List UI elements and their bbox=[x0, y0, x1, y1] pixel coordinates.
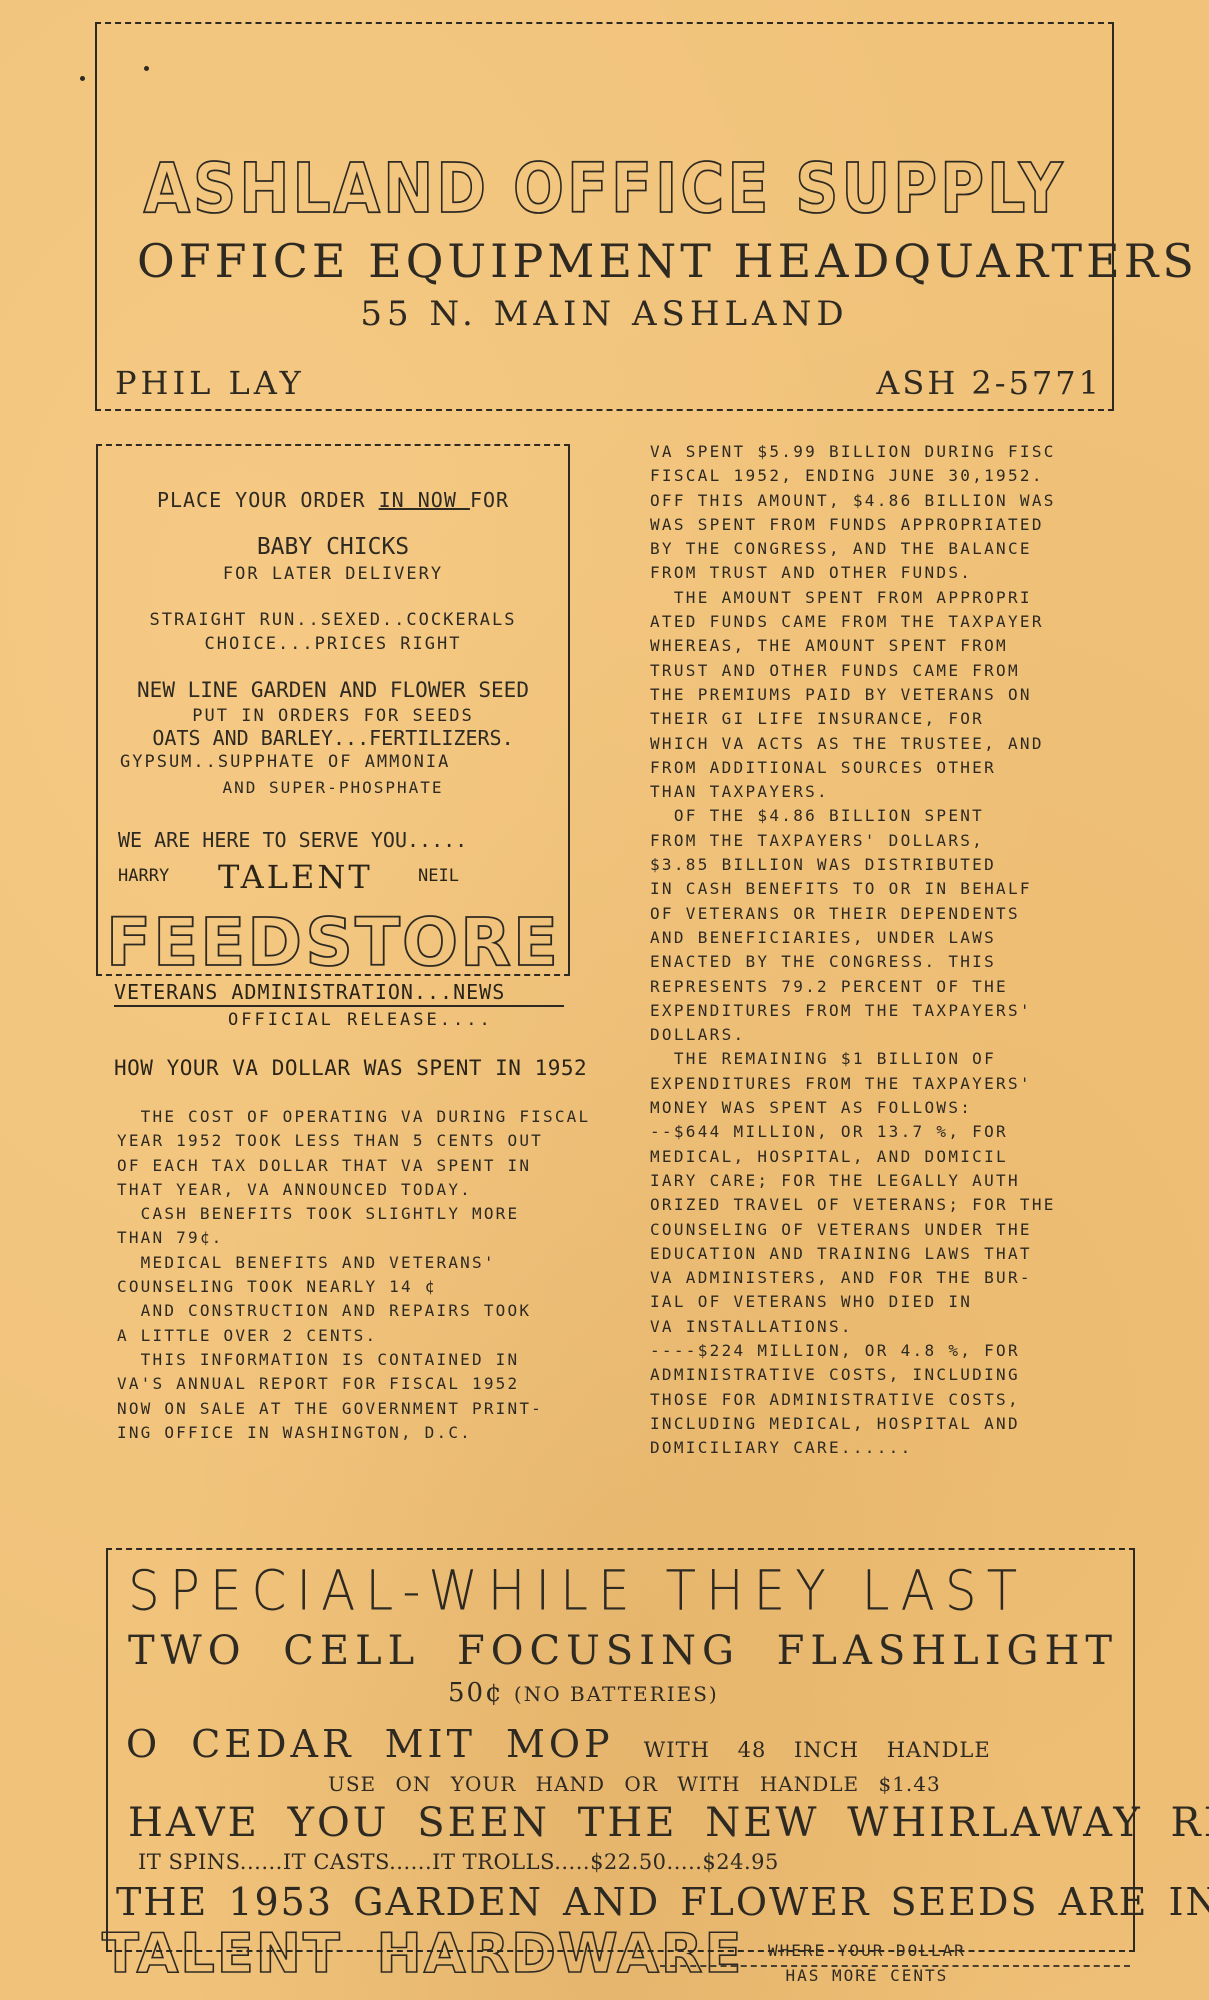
flashlight-price: 50¢ (NO BATTERIES) bbox=[448, 1678, 719, 1708]
article-line: OF VETERANS OR THEIR DEPENDENTS bbox=[650, 902, 1170, 926]
chick-types: STRAIGHT RUN..SEXED..COCKERALS bbox=[98, 610, 568, 630]
article-line: WHICH VA ACTS AS THE TRUSTEE, AND bbox=[650, 732, 1170, 756]
article-line: IN CASH BENEFITS TO OR IN BEHALF bbox=[650, 877, 1170, 901]
office-supply-subtitle: OFFICE EQUIPMENT HEADQUARTERS bbox=[137, 234, 1198, 288]
article-line: --$644 MILLION, OR 13.7 %, FOR bbox=[650, 1120, 1170, 1144]
article-line: IARY CARE; FOR THE LEGALLY AUTH bbox=[650, 1169, 1170, 1193]
article-line: MEDICAL BENEFITS AND VETERANS' bbox=[117, 1251, 637, 1275]
article-line: WAS SPENT FROM FUNDS APPROPRIATED bbox=[650, 513, 1170, 537]
va-left-column: THE COST OF OPERATING VA DURING FISCALYE… bbox=[117, 1105, 637, 1445]
article-line: VA INSTALLATIONS. bbox=[650, 1315, 1170, 1339]
ink-dot bbox=[80, 76, 85, 81]
baby-chicks: BABY CHICKS bbox=[98, 534, 568, 560]
article-line: THEIR GI LIFE INSURANCE, FOR bbox=[650, 707, 1170, 731]
article-line: COUNSELING TOOK NEARLY 14 ¢ bbox=[117, 1275, 637, 1299]
article-line: ATED FUNDS CAME FROM THE TAXPAYER bbox=[650, 610, 1170, 634]
article-line: ORIZED TRAVEL OF VETERANS; FOR THE bbox=[650, 1193, 1170, 1217]
article-line: EXPENDITURES FROM THE TAXPAYERS' bbox=[650, 1072, 1170, 1096]
order-now-line: PLACE YOUR ORDER IN NOW FOR bbox=[98, 488, 568, 512]
article-line: MONEY WAS SPENT AS FOLLOWS: bbox=[650, 1096, 1170, 1120]
article-line: BY THE CONGRESS, AND THE BALANCE bbox=[650, 537, 1170, 561]
article-line: OF THE $4.86 BILLION SPENT bbox=[650, 804, 1170, 828]
office-supply-title: ASHLAND OFFICE SUPPLY bbox=[97, 149, 1112, 230]
article-line: MEDICAL, HOSPITAL, AND DOMICIL bbox=[650, 1145, 1170, 1169]
article-line: ENACTED BY THE CONGRESS. THIS bbox=[650, 950, 1170, 974]
article-line: AND CONSTRUCTION AND REPAIRS TOOK bbox=[117, 1299, 637, 1323]
article-line: THAN 79¢. bbox=[117, 1226, 637, 1250]
article-line: VA SPENT $5.99 BILLION DURING FISC bbox=[650, 440, 1170, 464]
seed-orders: PUT IN ORDERS FOR SEEDS bbox=[98, 706, 568, 726]
article-line: THE PREMIUMS PAID BY VETERANS ON bbox=[650, 683, 1170, 707]
article-line: COUNSELING OF VETERANS UNDER THE bbox=[650, 1218, 1170, 1242]
office-supply-ad: ASHLAND OFFICE SUPPLY OFFICE EQUIPMENT H… bbox=[95, 22, 1114, 411]
article-line: CASH BENEFITS TOOK SLIGHTLY MORE bbox=[117, 1202, 637, 1226]
flashlight-offer: TWO CELL FOCUSING FLASHLIGHT bbox=[128, 1628, 1118, 1674]
article-line: VA'S ANNUAL REPORT FOR FISCAL 1952 bbox=[117, 1372, 637, 1396]
article-line: AND BENEFICIARIES, UNDER LAWS bbox=[650, 926, 1170, 950]
office-supply-address: 55 N. MAIN ASHLAND bbox=[97, 294, 1112, 334]
ink-dot bbox=[144, 66, 149, 71]
va-news-heading: VETERANS ADMINISTRATION...NEWS bbox=[114, 980, 564, 1007]
article-line: ING OFFICE IN WASHINGTON, D.C. bbox=[117, 1421, 637, 1445]
article-line: THE REMAINING $1 BILLION OF bbox=[650, 1047, 1170, 1071]
prices-right: CHOICE...PRICES RIGHT bbox=[98, 634, 568, 654]
oats-barley: OATS AND BARLEY...FERTILIZERS. bbox=[98, 726, 568, 750]
store-word: STORE bbox=[305, 904, 560, 981]
reel-offer: HAVE YOU SEEN THE NEW WHIRLAWAY REEL? bbox=[128, 1800, 1209, 1846]
article-line: THIS INFORMATION IS CONTAINED IN bbox=[117, 1348, 637, 1372]
article-line: WHEREAS, THE AMOUNT SPENT FROM bbox=[650, 634, 1170, 658]
reel-features: IT SPINS......IT CASTS......IT TROLLS...… bbox=[138, 1850, 779, 1874]
article-line: NOW ON SALE AT THE GOVERNMENT PRINT- bbox=[117, 1397, 637, 1421]
hardware-ad: SPECIAL-WHILE THEY LAST TWO CELL FOCUSIN… bbox=[106, 1548, 1135, 1952]
mop-offer: O CEDAR MIT MOP WITH 48 INCH HANDLE bbox=[126, 1722, 991, 1766]
super-phosphate: AND SUPER-PHOSPHATE bbox=[98, 778, 568, 797]
va-right-column: VA SPENT $5.99 BILLION DURING FISCFISCAL… bbox=[650, 440, 1170, 1460]
feed-store-ad: PLACE YOUR ORDER IN NOW FOR BABY CHICKS … bbox=[96, 444, 570, 976]
article-line: THE COST OF OPERATING VA DURING FISCAL bbox=[117, 1105, 637, 1129]
talent-label: TALENT bbox=[218, 858, 373, 896]
special-banner: SPECIAL-WHILE THEY LAST bbox=[128, 1559, 1027, 1623]
later-delivery: FOR LATER DELIVERY bbox=[98, 564, 568, 584]
article-line: THAT YEAR, VA ANNOUNCED TODAY. bbox=[117, 1178, 637, 1202]
article-line: FROM ADDITIONAL SOURCES OTHER bbox=[650, 756, 1170, 780]
article-line: REPRESENTS 79.2 PERCENT OF THE bbox=[650, 975, 1170, 999]
office-supply-phone: ASH 2-5771 bbox=[876, 364, 1102, 402]
article-line: $3.85 BILLION WAS DISTRIBUTED bbox=[650, 853, 1170, 877]
office-supply-contact: PHIL LAY bbox=[115, 364, 305, 402]
article-line: OFF THIS AMOUNT, $4.86 BILLION WAS bbox=[650, 489, 1170, 513]
talent-hardware-title: TALENT HARDWARE bbox=[102, 1922, 743, 1985]
seeds-announcement: THE 1953 GARDEN AND FLOWER SEEDS ARE IN bbox=[116, 1880, 1209, 1924]
article-line: THE AMOUNT SPENT FROM APPROPRI bbox=[650, 586, 1170, 610]
article-line: FROM THE TAXPAYERS' DOLLARS, bbox=[650, 829, 1170, 853]
article-line: DOMICILIARY CARE...... bbox=[650, 1436, 1170, 1460]
feed-word: FEED bbox=[106, 904, 304, 981]
article-line: DOLLARS. bbox=[650, 1023, 1170, 1047]
article-line: THOSE FOR ADMINISTRATIVE COSTS, bbox=[650, 1388, 1170, 1412]
article-line: EXPENDITURES FROM THE TAXPAYERS' bbox=[650, 999, 1170, 1023]
article-line: A LITTLE OVER 2 CENTS. bbox=[117, 1324, 637, 1348]
va-headline: HOW YOUR VA DOLLAR WAS SPENT IN 1952 bbox=[114, 1056, 587, 1080]
article-line: IAL OF VETERANS WHO DIED IN bbox=[650, 1290, 1170, 1314]
article-line: OF EACH TAX DOLLAR THAT VA SPENT IN bbox=[117, 1154, 637, 1178]
article-line: ADMINISTRATIVE COSTS, INCLUDING bbox=[650, 1363, 1170, 1387]
mop-use: USE ON YOUR HAND OR WITH HANDLE $1.43 bbox=[328, 1772, 941, 1796]
serve-you: WE ARE HERE TO SERVE YOU..... bbox=[98, 828, 568, 852]
feed-store-title: FEED STORE bbox=[106, 904, 560, 981]
hardware-slogan: WHERE YOUR DOLLAR HAS MORE CENTS bbox=[768, 1938, 966, 1988]
article-line: EDUCATION AND TRAINING LAWS THAT bbox=[650, 1242, 1170, 1266]
gypsum-line: GYPSUM..SUPPHATE OF AMMONIA bbox=[98, 752, 568, 772]
owner-harry: HARRY bbox=[118, 866, 169, 886]
article-line: TRUST AND OTHER FUNDS CAME FROM bbox=[650, 659, 1170, 683]
garden-seed-line: NEW LINE GARDEN AND FLOWER SEED bbox=[98, 678, 568, 702]
article-line: ----$224 MILLION, OR 4.8 %, FOR bbox=[650, 1339, 1170, 1363]
article-line: INCLUDING MEDICAL, HOSPITAL AND bbox=[650, 1412, 1170, 1436]
article-line: YEAR 1952 TOOK LESS THAN 5 CENTS OUT bbox=[117, 1129, 637, 1153]
article-line: THAN TAXPAYERS. bbox=[650, 780, 1170, 804]
article-line: FROM TRUST AND OTHER FUNDS. bbox=[650, 561, 1170, 585]
article-line: FISCAL 1952, ENDING JUNE 30,1952. bbox=[650, 464, 1170, 488]
owner-neil: NEIL bbox=[418, 866, 459, 886]
article-line: VA ADMINISTERS, AND FOR THE BUR- bbox=[650, 1266, 1170, 1290]
official-release: OFFICIAL RELEASE.... bbox=[228, 1010, 493, 1030]
footer-rule bbox=[660, 1965, 1130, 1967]
